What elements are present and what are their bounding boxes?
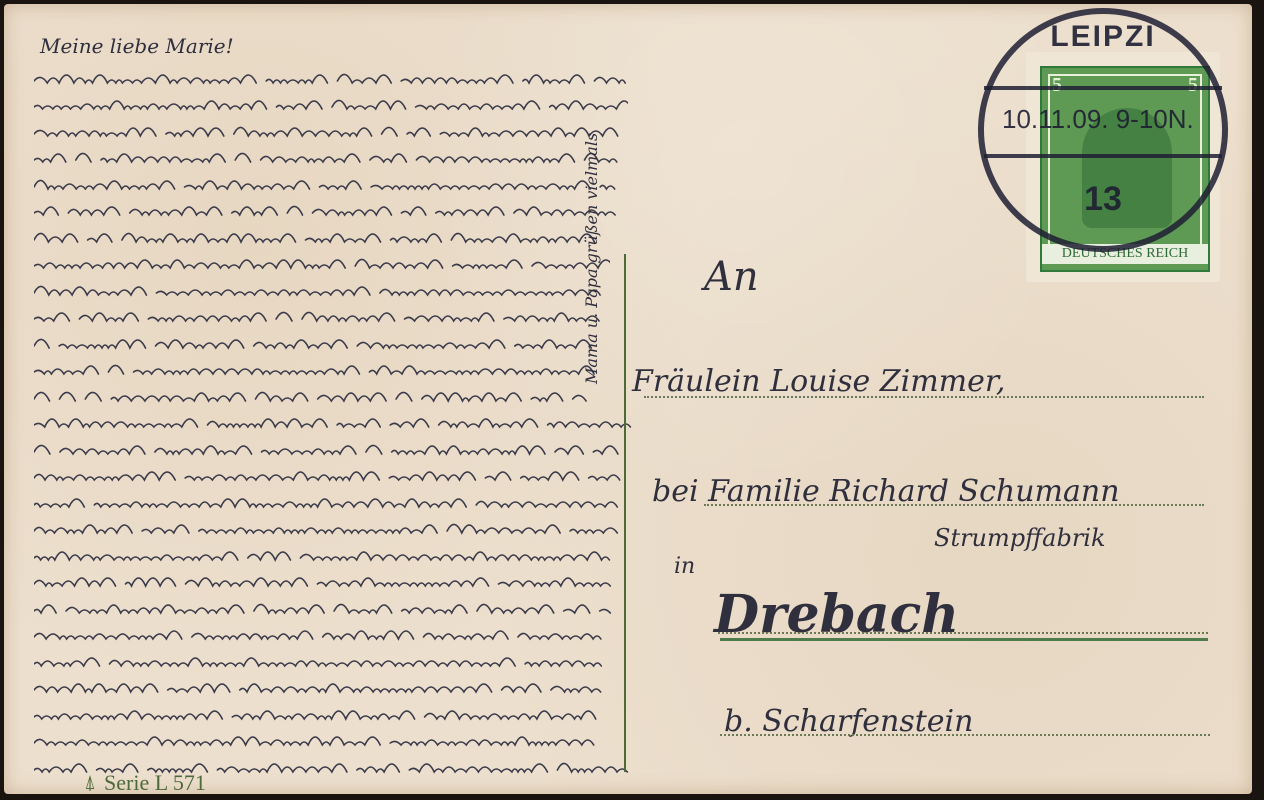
postmark: LEIPZI 10.11.09. 9-10N. 13 — [978, 8, 1228, 252]
series-label: Serie L 571 — [104, 770, 206, 796]
postmark-date: 10.11.09. 9-10N. — [1002, 104, 1222, 135]
address-recipient: Fräulein Louise Zimmer, — [632, 364, 1005, 399]
message-line — [34, 252, 610, 274]
message-line — [34, 676, 602, 698]
divider-line — [624, 254, 626, 772]
message-salutation: Meine liebe Marie! — [40, 34, 234, 58]
message-line — [34, 464, 626, 486]
message-line — [34, 173, 619, 195]
message-line — [34, 570, 614, 592]
message-line — [34, 199, 616, 221]
message-line — [34, 146, 622, 168]
message-line — [34, 279, 607, 301]
message-line — [34, 226, 613, 248]
margin-note: Mama u. Papa grüßen vielmals — [582, 133, 601, 384]
address-in: in — [674, 554, 695, 579]
message-line — [34, 411, 632, 433]
message-line — [34, 332, 601, 354]
message-line — [34, 120, 625, 142]
message-line — [34, 597, 611, 619]
address-line-3 — [718, 632, 1208, 634]
message-line — [34, 703, 599, 725]
message-line — [34, 305, 604, 327]
message-line — [34, 650, 605, 672]
address-line-1 — [644, 396, 1204, 398]
address-line-4 — [720, 734, 1210, 736]
message-line — [34, 491, 623, 513]
address-care-of-2: Strumpffabrik — [934, 524, 1106, 552]
message-line — [34, 67, 631, 89]
address-prefix: An — [704, 254, 759, 300]
postcard: Meine liebe Marie! Mama u. Papa grüßen v… — [4, 4, 1252, 794]
series-footer: ⍋ Serie L 571 — [84, 770, 206, 796]
publisher-logo-icon: ⍋ — [84, 772, 96, 795]
message-line — [34, 93, 628, 115]
message-line — [34, 623, 608, 645]
postmark-office-number: 13 — [984, 180, 1222, 219]
address-line-2 — [704, 504, 1204, 506]
message-line — [34, 544, 617, 566]
message-line — [34, 438, 629, 460]
address-city-underline — [720, 638, 1208, 641]
message-line — [34, 358, 598, 380]
message-line — [34, 729, 596, 751]
address-city: Drebach — [714, 584, 959, 645]
message-line — [34, 517, 620, 539]
message-line — [34, 385, 595, 407]
postmark-city: LEIPZI — [984, 20, 1222, 54]
